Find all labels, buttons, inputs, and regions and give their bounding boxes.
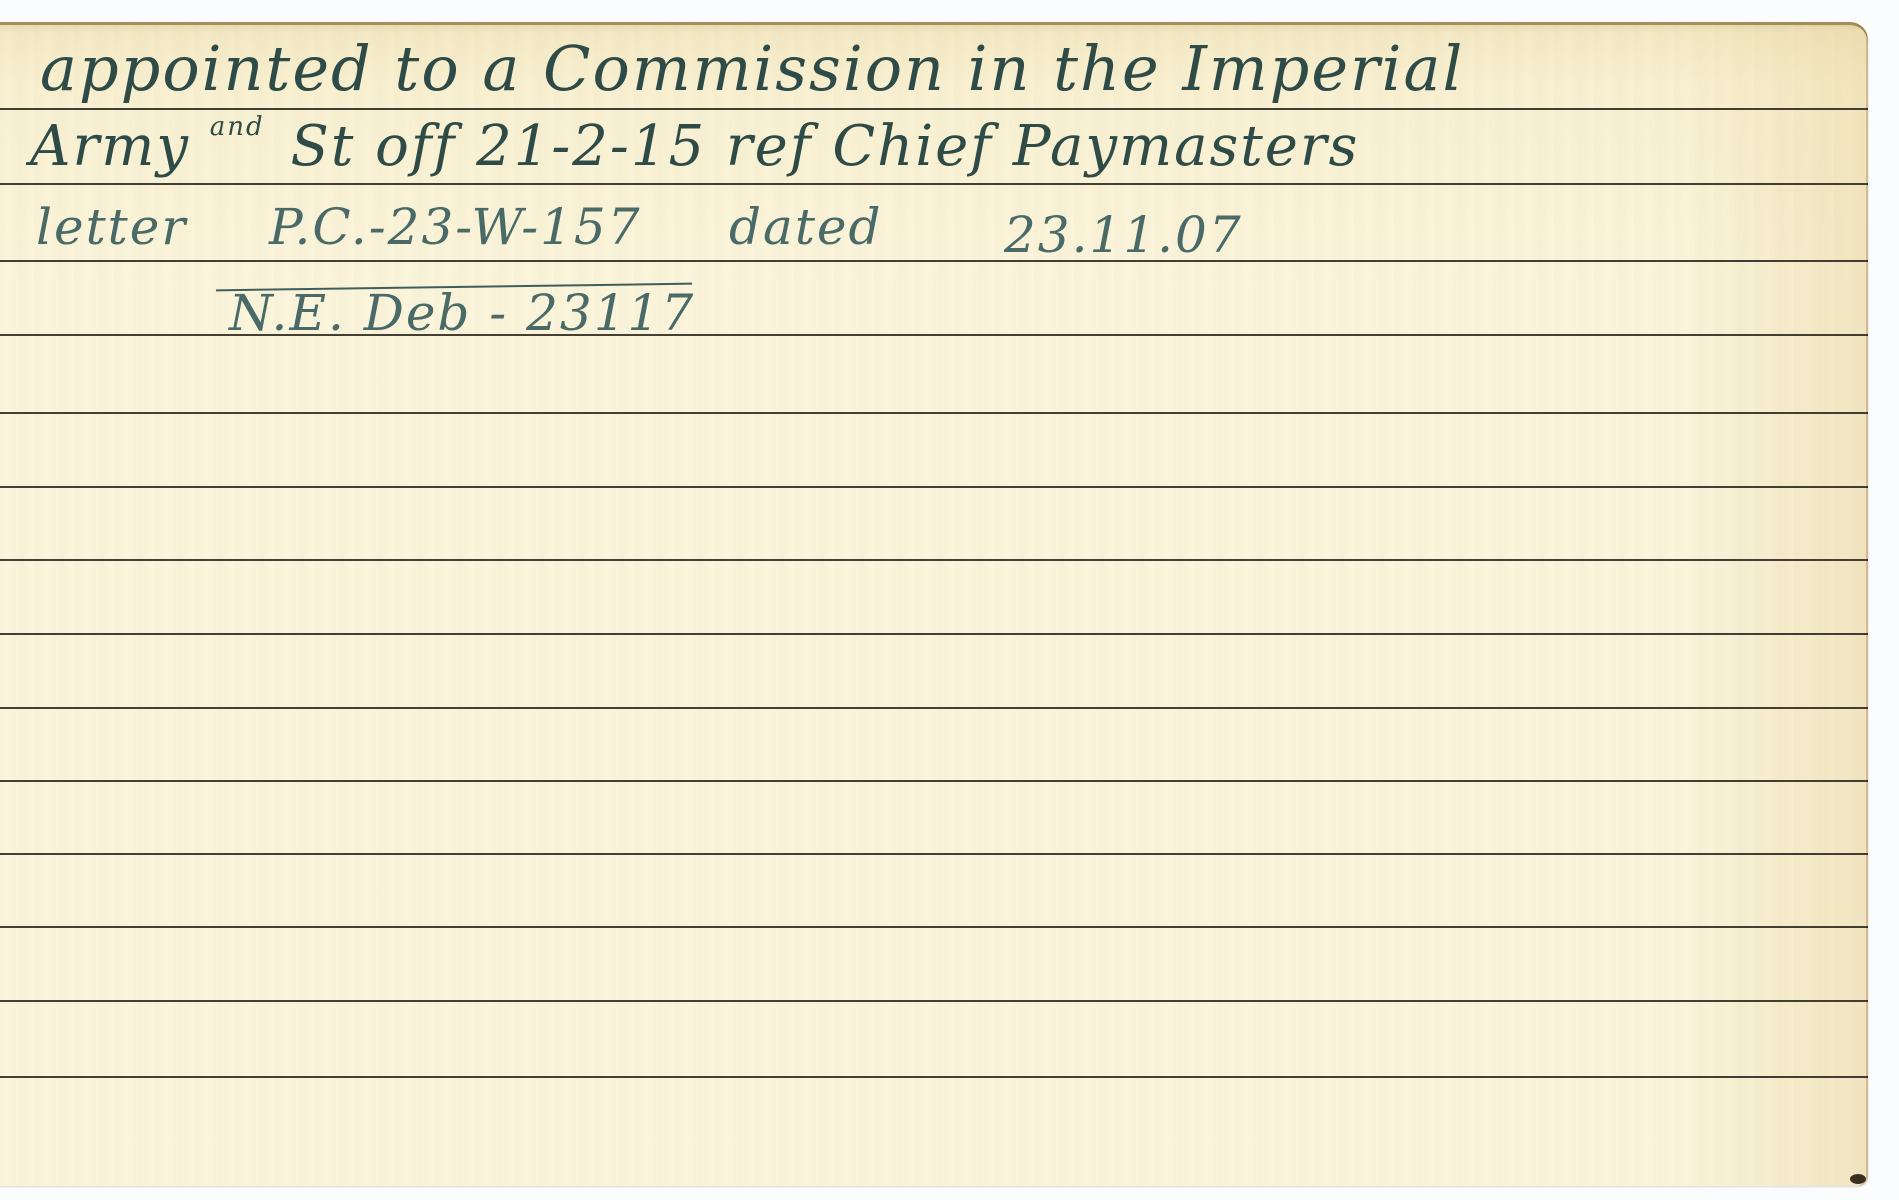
ruled-line-1 [0, 108, 1868, 110]
ruled-line-2 [0, 183, 1868, 185]
ruled-line-12 [0, 926, 1868, 928]
scanned-page: appointed to a Commission in the Imperia… [0, 0, 1899, 1200]
card-corner-wear [1850, 1174, 1866, 1184]
handwriting-line-1: appointed to a Commission in the Imperia… [40, 32, 1464, 105]
ruled-line-5 [0, 412, 1868, 414]
ruled-line-10 [0, 780, 1868, 782]
handwriting-reference-numerator: P.C.-23-W-157 [269, 198, 642, 256]
ruled-line-3 [0, 260, 1868, 262]
word-army: Army [30, 114, 190, 179]
ruled-line-7 [0, 559, 1868, 561]
handwriting-date: 23.11.07 [1004, 206, 1243, 264]
ruled-line-11 [0, 853, 1868, 855]
ruled-line-6 [0, 486, 1868, 488]
handwriting-word-letter: letter [36, 198, 187, 256]
superscript-and: and [210, 112, 265, 142]
handwriting-line-2: Army and St off 21-2-15 ref Chief Paymas… [30, 114, 1359, 179]
index-card: appointed to a Commission in the Imperia… [0, 22, 1868, 1186]
line-2-rest: St off 21-2-15 ref Chief Paymasters [290, 114, 1359, 179]
handwriting-reference-denominator: N.E. Deb - 23117 [229, 284, 695, 342]
ruled-line-14 [0, 1076, 1868, 1078]
ruled-line-9 [0, 707, 1868, 709]
ruled-line-13 [0, 1000, 1868, 1002]
handwriting-dated-label: dated [729, 198, 883, 256]
ruled-line-8 [0, 633, 1868, 635]
